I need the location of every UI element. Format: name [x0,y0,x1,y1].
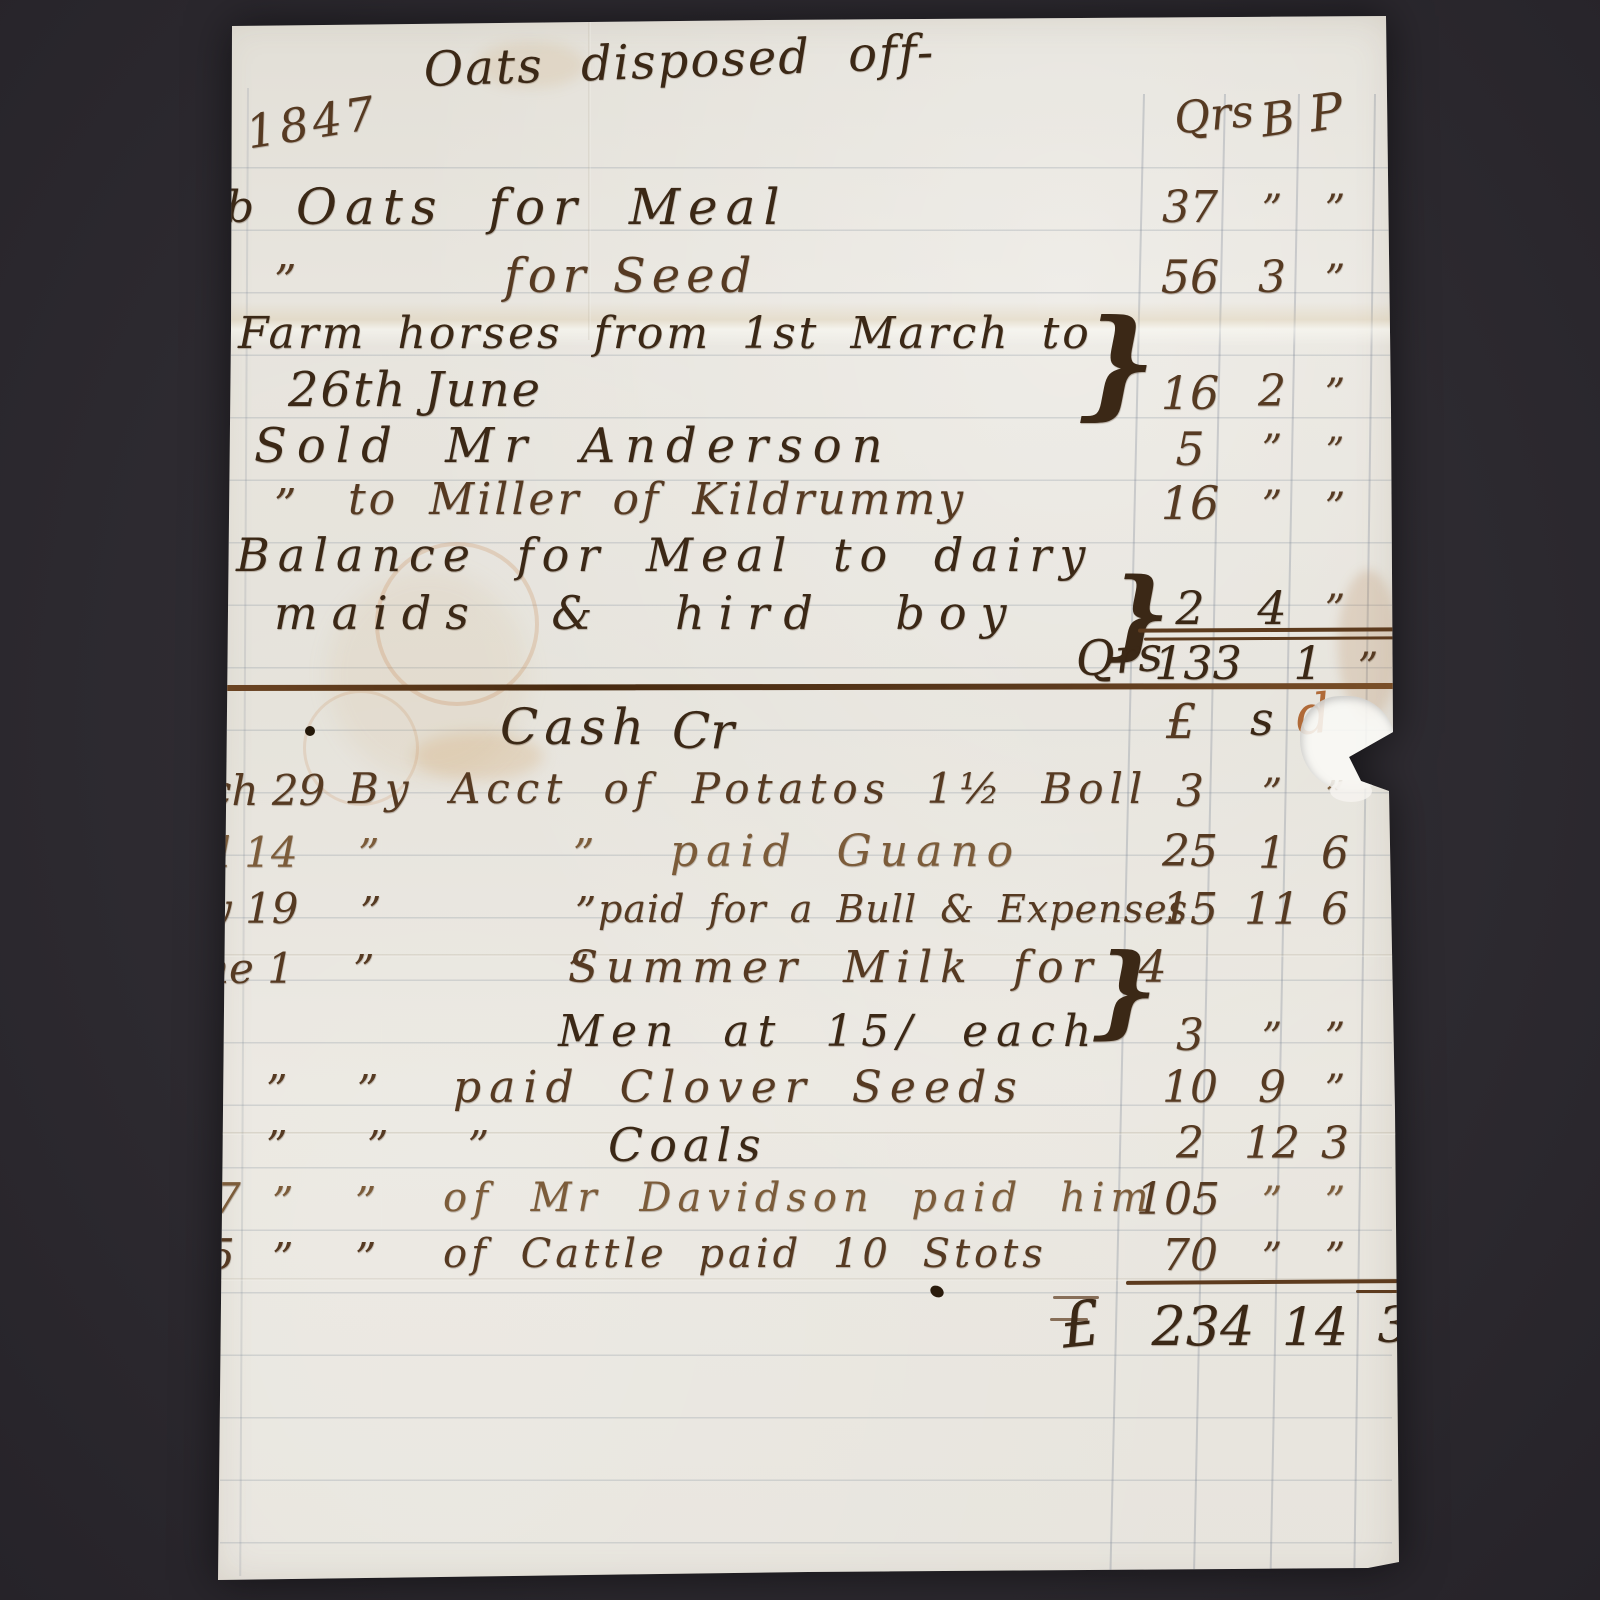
ledger-row-label: Sold Mr Anderson [254,422,893,470]
ledger-row-label: of Mr Davidson paid him [443,1178,1154,1218]
qty-qrs: 5 [1120,426,1260,472]
amount-pence: ” [1305,1182,1365,1222]
qty-qrs: 16 [1120,480,1260,526]
amount-pence: 6 [1305,888,1365,932]
amount-pence: ” [1305,1238,1365,1278]
grand-total-pence: 3 [1366,1300,1400,1350]
amount-pounds: 2 [1120,1122,1260,1166]
ditto-marks: ” ” [272,1238,376,1280]
ditto-marks: ” ” ” [266,1126,489,1168]
ledger-row-label: of Cattle paid 10 Stots [443,1234,1047,1274]
ledger-row-label: for Seed [504,252,757,300]
amount-pounds: 105 [1108,1178,1248,1222]
photo-mat-background: Oats disposed off- 1847 Qrs B P b Oats f… [0,0,1600,1600]
qty-qrs: 2 [1120,585,1260,631]
amount-pounds: 25 [1120,830,1260,874]
qty-b: 1 [1278,640,1338,686]
ditto-marks: ” ” [272,1182,376,1224]
grand-total-shillings: 14 [1280,1302,1350,1354]
amount-pence: ” [1305,1018,1365,1058]
qty-p: ” [1305,434,1365,470]
col-header-p: P [1306,85,1346,139]
ledger-row-label: paid Guano [670,830,1021,874]
amount-pounds: 3 [1120,770,1260,814]
ledger-row-label: to Miller of Kildrummy [348,478,966,522]
qty-b: 2 [1242,370,1302,414]
ink-blot [305,726,315,736]
qty-b: 3 [1242,256,1302,300]
ledger-row-label: Oats for Meal [296,182,787,232]
col-header-qrs: Qrs [1172,90,1256,142]
amount-shillings: ” [1242,1182,1302,1222]
amount-shillings: 11 [1242,888,1302,932]
ledger-row-label: Summer Milk for 4 [568,946,1175,990]
ditto-marks: ” ” [360,892,596,934]
qty-p: ” [1305,590,1365,630]
ditto-mark: ” [274,484,297,528]
total-underline [1356,1290,1400,1293]
paper-sheet: Oats disposed off- 1847 Qrs B P b Oats f… [208,10,1400,1588]
amount-shillings: ” [1242,1018,1302,1058]
doc-title: Oats disposed off- [423,28,936,94]
grand-total-currency: £ [1058,1292,1104,1358]
ledger-row-label: paid Clover Seeds [453,1066,1025,1110]
amount-pence: ” [1305,1070,1365,1110]
row-date-fragment: b [226,186,254,230]
ledger-row-label: 26th June [288,366,542,414]
row-date-fragment: y 19 [208,888,299,930]
col-header-b: B [1258,93,1298,143]
qty-b: ” [1242,190,1302,230]
row-date-fragment: 5 [208,1234,235,1276]
qty-b: ” [1242,486,1302,526]
ditto-marks: ” ” [358,834,594,876]
qty-p: ” [1305,260,1365,300]
cash-heading-word2: Cr [672,706,734,756]
amount-shillings: 9 [1242,1066,1302,1110]
amount-pounds: 70 [1120,1234,1260,1278]
qty-qrs: 37 [1120,186,1260,230]
ledger-row-label: Men at 15/ each [558,1010,1099,1054]
ditto-mark: ” [274,260,297,304]
ledger-row-label: maids & hird boy [274,590,1021,636]
amount-pounds: 3 [1120,1014,1260,1058]
amount-pounds: 15 [1120,888,1260,932]
amount-shillings: ” [1242,774,1302,814]
ledger-row-label: Coals [608,1122,767,1168]
row-date-fragment: ch 29 [208,770,325,812]
row-date-fragment: il 14 [208,832,298,874]
wax-seal-remnant [1330,780,1372,802]
cash-heading-word1: Cash [500,702,650,752]
amount-pounds: 10 [1120,1066,1260,1110]
amount-shillings: ” [1242,1238,1302,1278]
qty-b: ” [1242,430,1302,470]
qty-p: ” [1305,374,1365,414]
ledger-row-label: By Acct of Potatos 1½ Boll [348,768,1148,810]
ledger-row-label: Balance for Meal to dairy [236,532,1093,578]
qty-p: ” [1305,488,1365,528]
amount-shillings: 12 [1242,1122,1302,1166]
ledger-page: Oats disposed off- 1847 Qrs B P b Oats f… [208,10,1400,1588]
col-header-pounds: £ [1166,698,1197,746]
col-header-shillings: s [1250,696,1274,742]
grand-total-pounds: 234 [1123,1300,1283,1354]
amount-shillings: 1 [1242,832,1302,876]
ditto-marks: ” ” [353,950,589,992]
qty-qrs: 133 [1128,640,1268,686]
ditto-marks: ” ” [266,1070,378,1112]
row-date-fragment: 7 [214,1178,241,1220]
qty-p: ” [1305,190,1365,230]
ledger-row-label: paid for a Bull & Expenses [598,890,1188,928]
qty-qrs: 16 [1120,370,1260,416]
amount-pence: 6 [1305,832,1365,876]
row-date-fragment: ne 1 [208,948,294,990]
ledger-row-label: Farm horses from 1st March to [238,312,1092,356]
qty-b: 4 [1242,585,1302,631]
amount-pence: 3 [1305,1122,1365,1166]
